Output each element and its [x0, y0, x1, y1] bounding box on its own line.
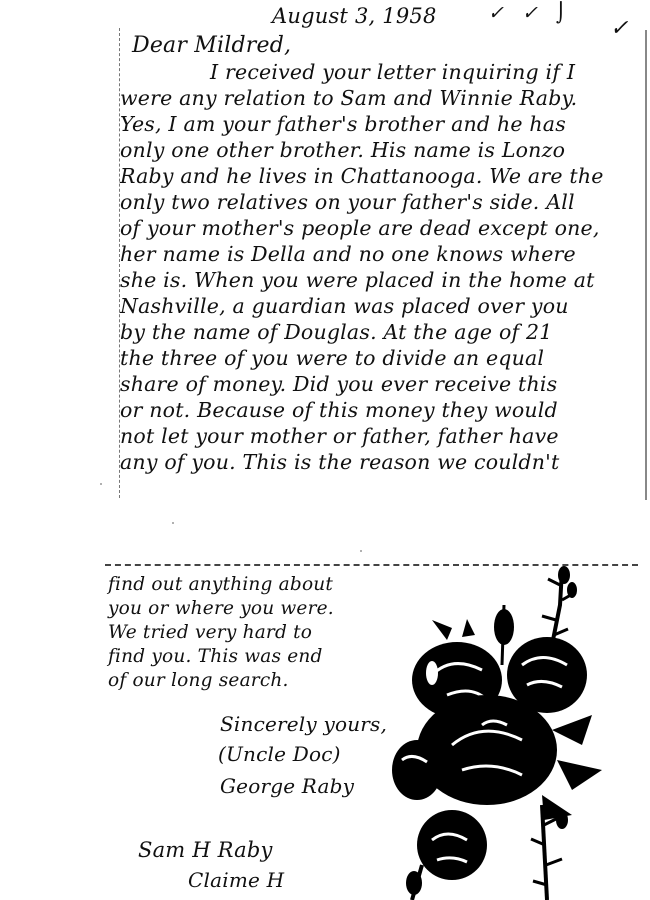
continuation-line: find out anything about [108, 574, 333, 595]
letter-date: August 3, 1958 [272, 4, 437, 28]
body-line: by the name of Douglas. At the age of 21 [120, 320, 553, 344]
annotation-name: Sam H Raby [138, 838, 273, 862]
body-line: only one other brother. His name is Lonz… [120, 138, 565, 162]
annotation-claim: Claime H [188, 868, 284, 892]
body-line: I received your letter inquiring if I [210, 60, 575, 84]
closing-nickname: (Uncle Doc) [218, 742, 341, 766]
letter-page: August 3, 1958 ✓ ✓ ⌡ ✓ Dear Mildred, I r… [0, 0, 650, 900]
sheet-right-edge [645, 30, 647, 500]
body-line: were any relation to Sam and Winnie Raby… [120, 86, 577, 110]
body-line: not let your mother or father, father ha… [120, 424, 559, 448]
body-line: her name is Della and no one knows where [120, 242, 576, 266]
check-mark-right: ✓ [610, 16, 629, 41]
continuation-line: you or where you were. [108, 598, 334, 619]
closing: Sincerely yours, [220, 712, 387, 736]
body-line: only two relatives on your father's side… [120, 190, 575, 214]
body-line: or not. Because of this money they would [120, 398, 558, 422]
rose-icon [392, 565, 612, 900]
body-line: Yes, I am your father's brother and he h… [120, 112, 566, 136]
body-line: any of you. This is the reason we couldn… [120, 450, 559, 474]
body-line: of your mother's people are dead except … [120, 216, 600, 240]
body-line: she is. When you were placed in the home… [120, 268, 595, 292]
rose-bouquet-illustration [392, 565, 612, 900]
salutation: Dear Mildred, [132, 33, 291, 58]
body-line: Raby and he lives in Chattanooga. We are… [120, 164, 604, 188]
continuation-line: find you. This was end [108, 646, 323, 667]
scan-speck [100, 483, 102, 485]
continuation-line: We tried very hard to [108, 622, 312, 643]
continuation-line: of our long search. [108, 670, 289, 691]
scan-speck [360, 550, 362, 552]
check-marks: ✓ ✓ ⌡ [488, 2, 572, 24]
body-line: Nashville, a guardian was placed over yo… [120, 294, 569, 318]
body-line: share of money. Did you ever receive thi… [120, 372, 557, 396]
body-line: the three of you were to divide an equal [120, 346, 544, 370]
scan-speck [172, 522, 174, 524]
signature: George Raby [220, 774, 354, 798]
